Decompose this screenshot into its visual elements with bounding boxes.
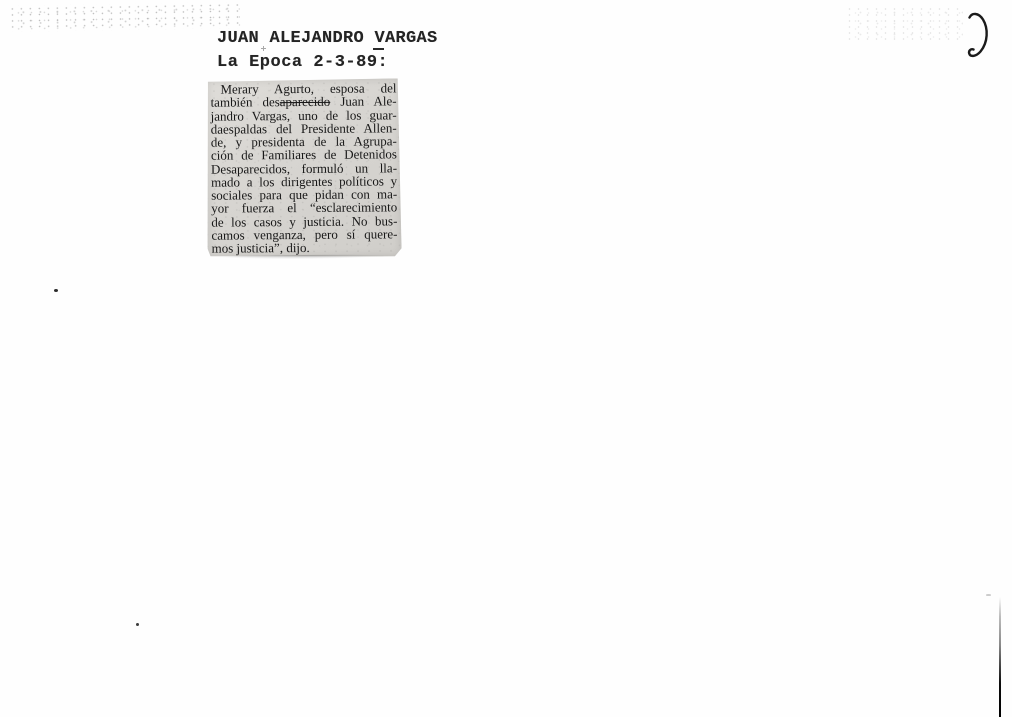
typed-header: JUAN ALEJANDRO VARGAS La Epoca 2-3-89: <box>217 28 438 73</box>
header-source-date-line: La Epoca 2-3-89: <box>217 52 438 73</box>
news-clipping: Merary Agurto, esposa deltambién desapar… <box>206 78 401 257</box>
header-name-line: JUAN ALEJANDRO VARGAS <box>217 28 438 49</box>
clipping-text-segment: mos justicia”, dijo. <box>212 240 310 256</box>
ink-dot <box>54 289 58 292</box>
scanned-page: JUAN ALEJANDRO VARGAS La Epoca 2-3-89: M… <box>0 0 1012 717</box>
ink-dot <box>136 623 139 626</box>
scan-edge-line <box>999 597 1001 717</box>
scan-noise-top-right <box>845 6 963 44</box>
scan-speck <box>986 594 991 596</box>
clipping-line: mos justicia”, dijo. <box>212 240 398 255</box>
clipping-text: Merary Agurto, esposa deltambién desapar… <box>210 81 397 254</box>
header-v-underline <box>373 48 384 50</box>
handwritten-paren-mark <box>961 10 997 60</box>
scan-noise-top-left <box>8 2 240 32</box>
